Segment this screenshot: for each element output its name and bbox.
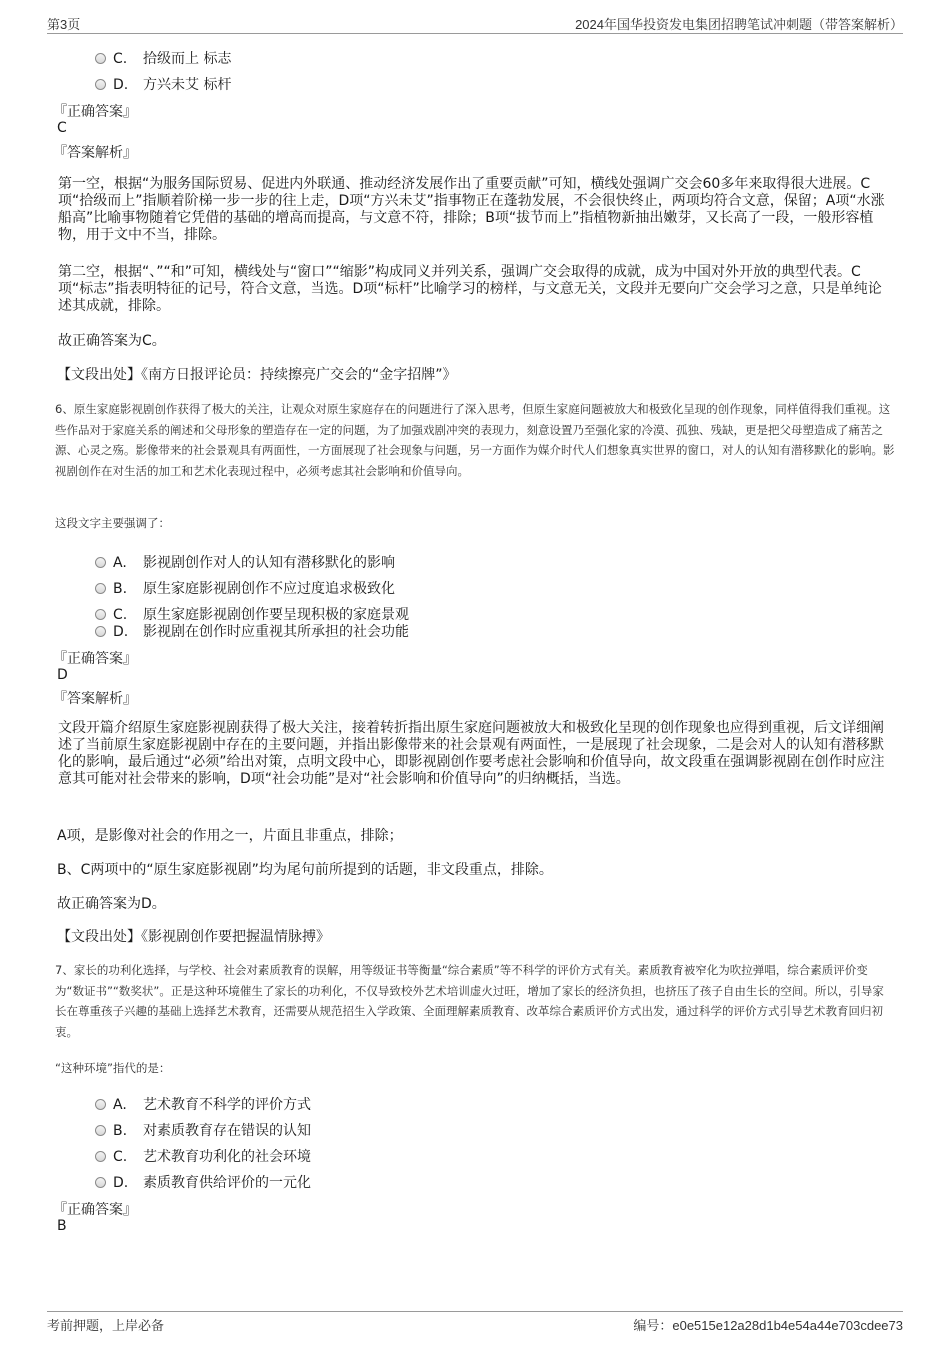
q7-answer-label: 『正确答案』 — [53, 1199, 137, 1219]
q6-analysis-label: 『答案解析』 — [53, 688, 137, 708]
q6-option-b[interactable]: B.原生家庭影视剧创作不应过度追求极致化 — [95, 578, 395, 598]
q6-analysis-p1: 文段开篇介绍原生家庭影视剧获得了极大关注，接着转折指出原生家庭问题被放大和极致化… — [58, 720, 888, 788]
q5-analysis-label: 『答案解析』 — [53, 142, 137, 162]
document-id: 编号：e0e515e12a28d1b4e54a44e703cdee73 — [633, 1315, 903, 1334]
q6-answer-label: 『正确答案』 — [53, 648, 137, 668]
q6-stem: 6、原生家庭影视剧创作获得了极大的关注，让观众对原生家庭存在的问题进行了深入思考… — [55, 399, 895, 481]
q5-answer: C — [57, 120, 67, 136]
radio-icon[interactable] — [95, 609, 106, 620]
q7-question: “这种环境”指代的是： — [55, 1060, 170, 1076]
radio-icon[interactable] — [95, 1151, 106, 1162]
page-header: 第3页 2024年国华投资发电集团招聘笔试冲刺题（带答案解析） — [47, 14, 903, 34]
q6-option-d[interactable]: D.影视剧在创作时应重视其所承担的社会功能 — [95, 621, 409, 641]
radio-icon[interactable] — [95, 1099, 106, 1110]
q6-analysis-p3: B、C两项中的“原生家庭影视剧”均为尾句前所提到的话题，非文段重点，排除。 — [57, 862, 887, 879]
q6-analysis-p2: A项，是影像对社会的作用之一，片面且非重点，排除； — [57, 828, 887, 845]
q6-answer: D — [57, 667, 68, 683]
page-footer: 考前押题，上岸必备 编号：e0e515e12a28d1b4e54a44e703c… — [47, 1311, 903, 1332]
q5-option-d[interactable]: D.方兴未艾 标杆 — [95, 74, 231, 94]
q7-answer: B — [57, 1218, 67, 1234]
document-title: 2024年国华投资发电集团招聘笔试冲刺题（带答案解析） — [575, 14, 903, 33]
q7-option-c[interactable]: C.艺术教育功利化的社会环境 — [95, 1146, 311, 1166]
q5-analysis-p2: 第二空，根据“、”“和”可知，横线处与“窗口”“缩影”构成同义并列关系，强调广交… — [58, 264, 888, 315]
q5-analysis-p1: 第一空，根据“为服务国际贸易、促进内外联通、推动经济发展作出了重要贡献”可知，横… — [58, 176, 888, 244]
radio-icon[interactable] — [95, 583, 106, 594]
q6-option-a[interactable]: A.影视剧创作对人的认知有潜移默化的影响 — [95, 552, 395, 572]
radio-icon[interactable] — [95, 1177, 106, 1188]
q7-option-d[interactable]: D.素质教育供给评价的一元化 — [95, 1172, 311, 1192]
q5-answer-label: 『正确答案』 — [53, 101, 137, 121]
q5-source: 【文段出处】《南方日报评论员：持续擦亮广交会的“金字招牌”》 — [57, 367, 887, 384]
radio-icon[interactable] — [95, 626, 106, 637]
q6-question: 这段文字主要强调了： — [55, 515, 170, 531]
radio-icon[interactable] — [95, 79, 106, 90]
q6-analysis-p4: 故正确答案为D。 — [57, 896, 887, 913]
radio-icon[interactable] — [95, 1125, 106, 1136]
q5-analysis-p3: 故正确答案为C。 — [58, 333, 888, 350]
page-number: 第3页 — [47, 14, 80, 33]
q7-option-a[interactable]: A.艺术教育不科学的评价方式 — [95, 1094, 311, 1114]
q6-source: 【文段出处】《影视剧创作要把握温情脉搏》 — [57, 929, 887, 946]
q5-option-c[interactable]: C.拾级而上 标志 — [95, 48, 231, 68]
q7-option-b[interactable]: B.对素质教育存在错误的认知 — [95, 1120, 311, 1140]
radio-icon[interactable] — [95, 557, 106, 568]
footer-slogan: 考前押题，上岸必备 — [47, 1315, 164, 1334]
radio-icon[interactable] — [95, 53, 106, 64]
q7-stem: 7、家长的功利化选择，与学校、社会对素质教育的误解，用等级证书等衡量“综合素质”… — [55, 960, 895, 1042]
